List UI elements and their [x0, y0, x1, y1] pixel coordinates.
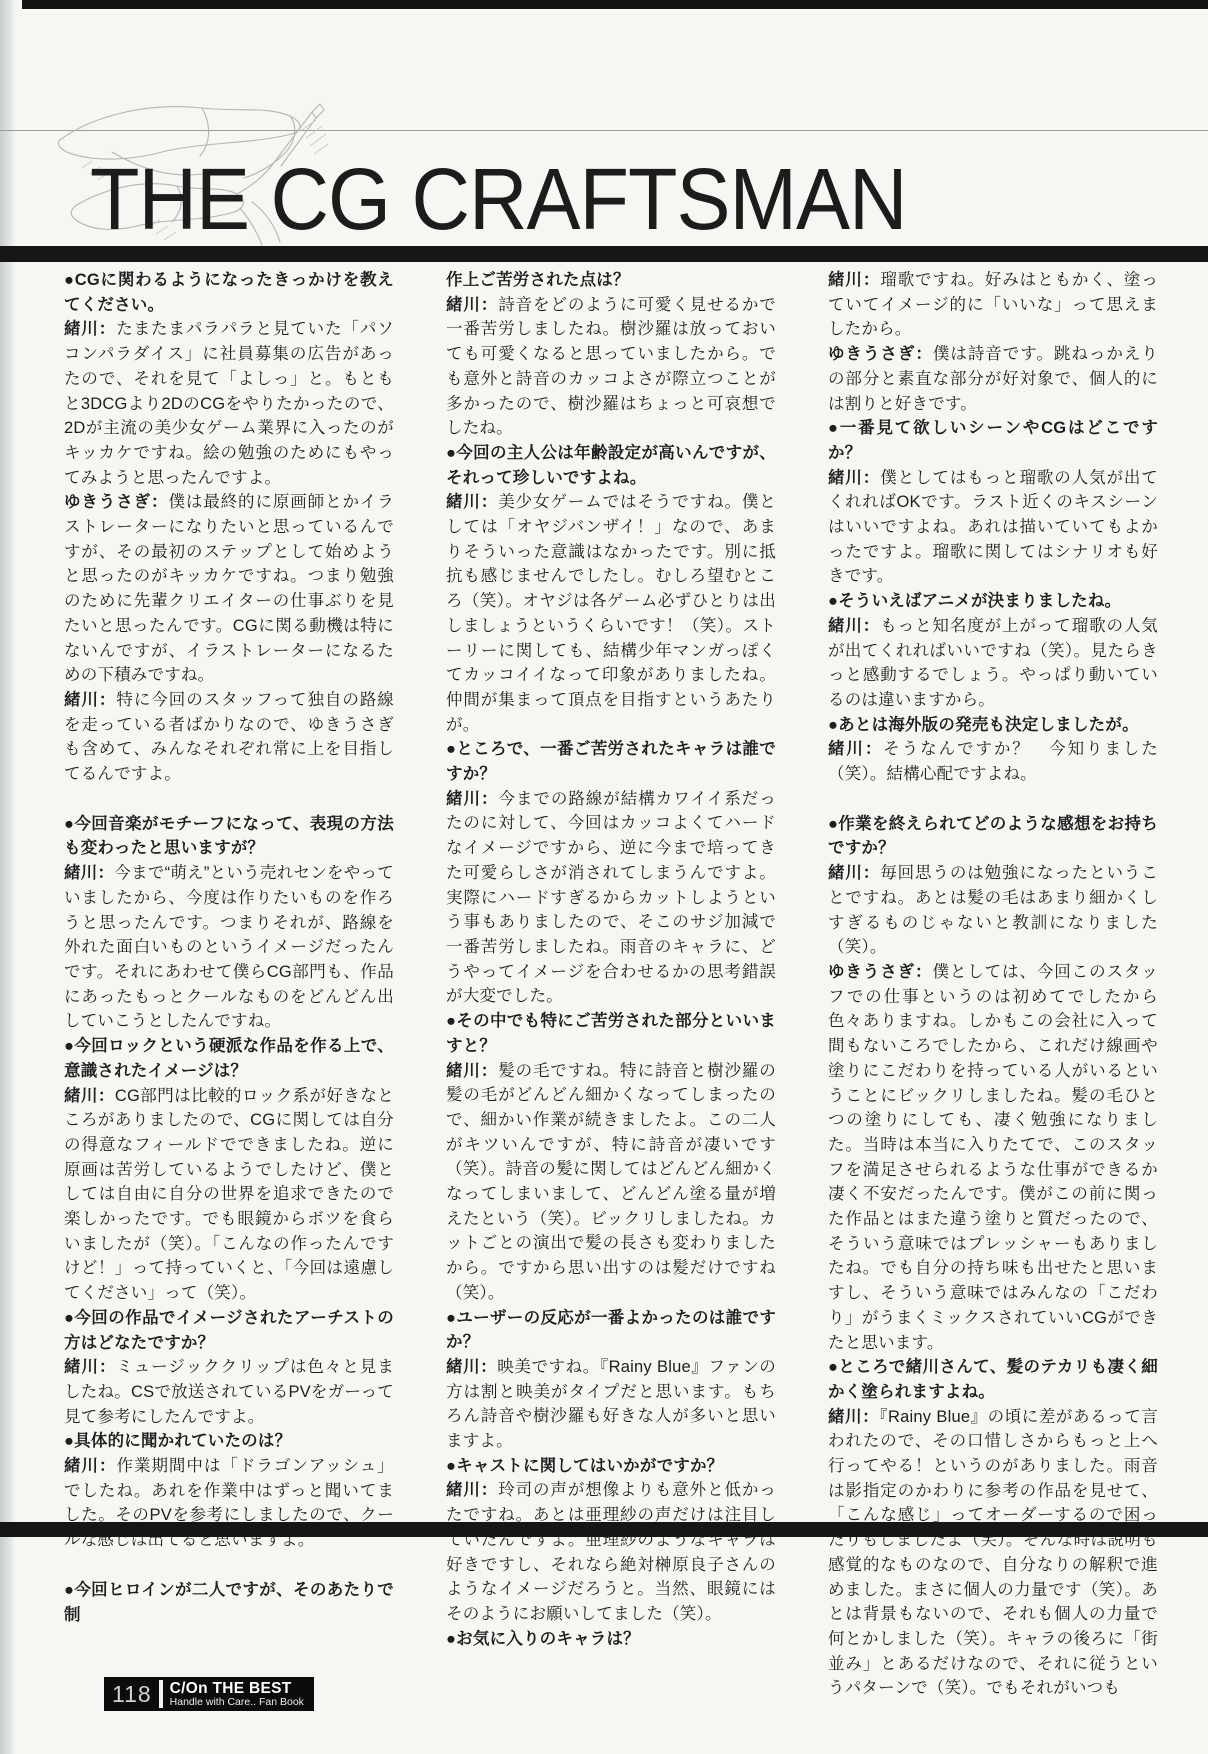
speaker-name: 緒川：	[446, 493, 498, 511]
speaker-name: ゆきうさぎ：	[64, 493, 168, 511]
speaker-name: 緒川：	[64, 1457, 116, 1475]
interview-answer: 緒川：今まで“萌え”という売れセンをやっていましたから、今度は作りたいものを作ろ…	[64, 861, 394, 1034]
speaker-name: 緒川：	[64, 320, 116, 338]
interview-answer: 緒川：特に今回のスタッフって独自の路線を走っている者ばかりなので、ゆきうさぎも含…	[64, 688, 394, 787]
interview-question: ●あとは海外版の発売も決定しましたが。	[828, 713, 1158, 738]
interview-question: ●CGに関わるようになったきっかけを教えてください。	[64, 268, 394, 317]
interview-answer: ゆきうさぎ：僕は最終的に原画師とかイラストレーターになりたいと思っているんですが…	[64, 490, 394, 688]
interview-question: ●そういえばアニメが決まりましたね。	[828, 589, 1158, 614]
interview-question: ●具体的に聞かれていたのは？	[64, 1429, 394, 1454]
footer-badge: 118 C/On THE BEST Handle with Care.. Fan…	[104, 1677, 314, 1711]
interview-question: 作上ご苦労された点は？	[446, 268, 776, 293]
interview-question: ●今回ヒロインが二人ですが、そのあたりで制	[64, 1578, 394, 1627]
page-title: THE CG CRAFTSMAN	[90, 157, 907, 244]
paragraph-spacer	[64, 787, 394, 812]
interview-answer: ゆきうさぎ：僕としては、今回このスタッフでの仕事というのは初めてでしたから色々あ…	[828, 960, 1158, 1355]
interview-answer: 緒川：今までの路線が結構カワイイ系だったのに対して、今回はカッコよくてハードなイ…	[446, 787, 776, 1009]
speaker-name: ゆきうさぎ：	[828, 345, 933, 363]
interview-answer: 緒川：僕としてはもっと瑠歌の人気が出てくれればOKです。ラスト近くのキスシーンは…	[828, 466, 1158, 590]
article-columns: ●CGに関わるようになったきっかけを教えてください。緒川：たまたまパラパラと見て…	[64, 268, 1156, 1701]
speaker-name: 緒川：	[828, 617, 880, 635]
footer-book-subtitle: Handle with Care.. Fan Book	[170, 1697, 304, 1708]
footer-page-number: 118	[112, 1681, 152, 1708]
interview-answer: 緒川：CG部門は比較的ロック系が好きなところがありましたので、CGに関しては自分…	[64, 1084, 394, 1306]
interview-answer: 緒川：もっと知名度が上がって瑠歌の人気が出てくれればいいですね（笑）。見たらきっ…	[828, 614, 1158, 713]
footer-divider	[159, 1680, 163, 1708]
article-column-3: 緒川：瑠歌ですね。好みはともかく、塗っていてイメージ的に「いいな」って思えました…	[828, 268, 1158, 1701]
interview-question: ●今回ロックという硬派な作品を作る上で、意識されたイメージは？	[64, 1034, 394, 1083]
interview-question: ●お気に入りのキャラは？	[446, 1627, 776, 1652]
interview-question: ●ユーザーの反応が一番よかったのは誰ですか？	[446, 1306, 776, 1355]
interview-answer: ゆきうさぎ：僕は詩音です。跳ねっかえりの部分と素直な部分が好対象で、個人的には割…	[828, 342, 1158, 416]
speaker-name: 緒川：	[446, 1358, 497, 1376]
interview-answer: 緒川：ミュージッククリップは色々と見ましたね。CSで放送されているPVをガーって…	[64, 1355, 394, 1429]
interview-answer: 緒川：映美ですね。『Rainy Blue』ファンの方は割と映美がタイプだと思いま…	[446, 1355, 776, 1454]
speaker-name: 緒川：	[64, 1358, 116, 1376]
interview-question: ●一番見て欲しいシーンやCGはどこですか？	[828, 416, 1158, 465]
interview-answer: 緒川：玲司の声が想像よりも意外と低かったですね。あとは亜理紗の声だけは注目してい…	[446, 1478, 776, 1626]
interview-answer: 緒川：作業期間中は「ドラゴンアッシュ」でしたね。あれを作業中はずっと聞いてました…	[64, 1454, 394, 1553]
article-column-2: 作上ご苦労された点は？緒川：詩音をどのように可愛く見せるかで一番苦労しましたね。…	[446, 268, 776, 1701]
top-border-bar	[22, 0, 1208, 9]
interview-question: ●今回音楽がモチーフになって、表現の方法も変わったと思いますが？	[64, 812, 394, 861]
speaker-name: 緒川：	[828, 469, 880, 487]
interview-answer: 緒川：詩音をどのように可愛く見せるかで一番苦労しましたね。樹沙羅は放っておいても…	[446, 293, 776, 441]
speaker-name: ゆきうさぎ：	[828, 963, 932, 981]
speaker-name: 緒川：	[64, 1087, 115, 1105]
paragraph-spacer	[64, 1553, 394, 1578]
interview-answer: 緒川：毎回思うのは勉強になったということですね。あとは髪の毛はあまり細かくしすぎ…	[828, 861, 1158, 960]
speaker-name: 緒川：	[446, 790, 498, 808]
speaker-name: 緒川：	[446, 1481, 498, 1499]
speaker-name: 緒川：	[64, 691, 116, 709]
interview-answer: 緒川：そうなんですか？ 今知りました（笑）。結構心配ですよね。	[828, 737, 1158, 786]
scanner-edge-strip	[0, 0, 16, 1754]
interview-question: ●キャストに関してはいかがですか？	[446, 1454, 776, 1479]
speaker-name: 緒川：	[64, 864, 114, 882]
speaker-name: 緒川：	[828, 1408, 879, 1426]
interview-answer: 緒川：美少女ゲームではそうですね。僕としては「オヤジバンザイ！」なので、あまりそ…	[446, 490, 776, 737]
interview-answer: 緒川：たまたまパラパラと見ていた「パソコンパラダイス」に社員募集の広告があったの…	[64, 317, 394, 490]
speaker-name: 緒川：	[828, 740, 883, 758]
speaker-name: 緒川：	[828, 271, 880, 289]
footer-rule-bar	[0, 1522, 1208, 1537]
interview-answer: 緒川：瑠歌ですね。好みはともかく、塗っていてイメージ的に「いいな」って思えました…	[828, 268, 1158, 342]
paragraph-spacer	[828, 787, 1158, 812]
footer-text: C/On THE BEST Handle with Care.. Fan Boo…	[170, 1681, 304, 1708]
footer-book-title: C/On THE BEST	[170, 1681, 304, 1697]
title-underline-bar	[0, 246, 1208, 262]
interview-answer: 緒川：『Rainy Blue』の頃に差があるって言われたので、その口惜しさからも…	[828, 1405, 1158, 1701]
interview-question: ●今回の主人公は年齢設定が高いんですが、それって珍しいですよね。	[446, 441, 776, 490]
interview-question: ●ところで緒川さんて、髪のテカリも凄く細かく塗られますよね。	[828, 1355, 1158, 1404]
interview-answer: 緒川：髪の毛ですね。特に詩音と樹沙羅の髪の毛がどんどん細かくなってしまったので、…	[446, 1059, 776, 1306]
speaker-name: 緒川：	[828, 864, 880, 882]
interview-question: ●今回の作品でイメージされたアーチストの方はどなたですか？	[64, 1306, 394, 1355]
interview-question: ●その中でも特にご苦労された部分といいますと？	[446, 1009, 776, 1058]
interview-question: ●作業を終えられてどのような感想をお持ちですか？	[828, 812, 1158, 861]
speaker-name: 緒川：	[446, 296, 498, 314]
article-column-1: ●CGに関わるようになったきっかけを教えてください。緒川：たまたまパラパラと見て…	[64, 268, 394, 1701]
interview-question: ●ところで、一番ご苦労されたキャラは誰ですか？	[446, 737, 776, 786]
scanned-page: THE CG CRAFTSMAN ●CGに関わるようになったきっかけを教えてくだ…	[0, 0, 1208, 1754]
speaker-name: 緒川：	[446, 1062, 498, 1080]
